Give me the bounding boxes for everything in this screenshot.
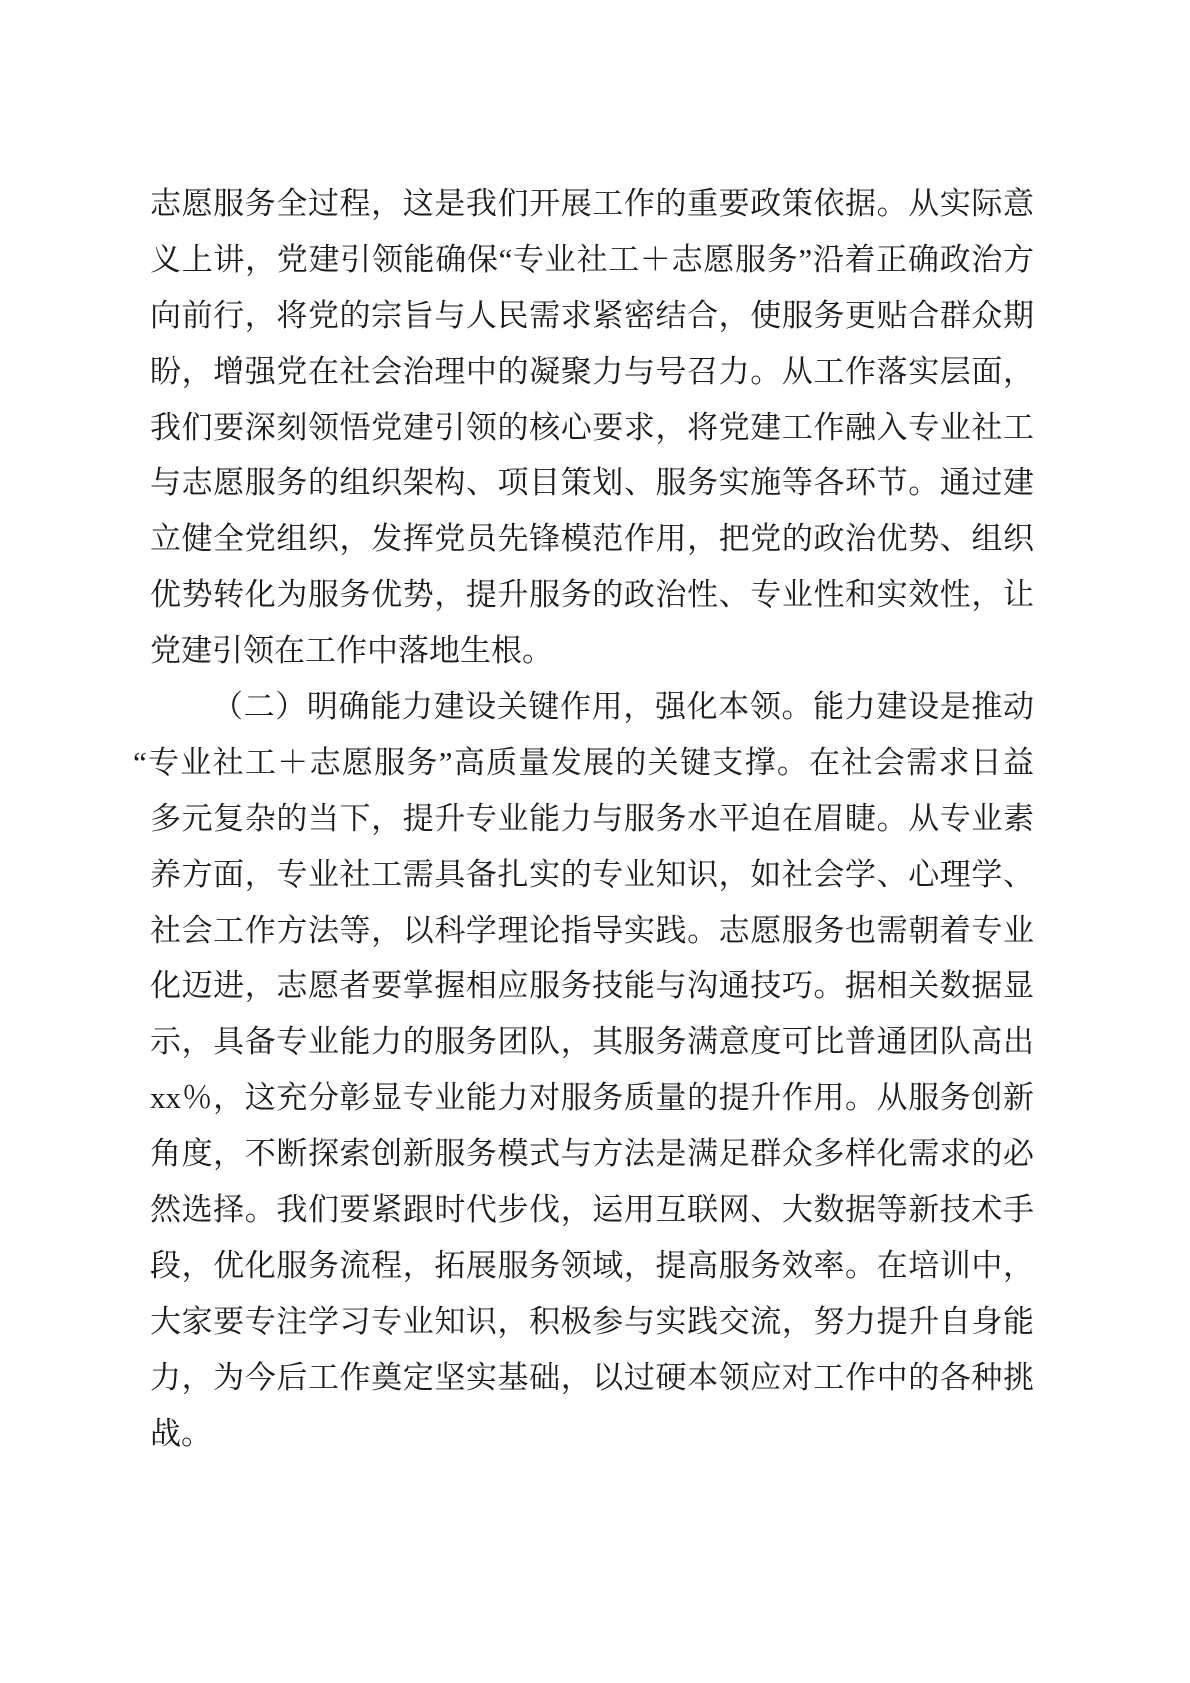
text-line: 化迈进，志愿者要掌握相应服务技能与沟通技巧。据相关数据显 [150,958,1034,1014]
text-line: 力，为今后工作奠定坚实基础，以过硬本领应对工作中的各种挑 [150,1350,1034,1406]
text-line: 大家要专注学习专业知识，积极参与实践交流，努力提升自身能 [150,1294,1034,1350]
text-line-paragraph-end: 战。 [150,1406,1034,1462]
text-line: 角度，不断探索创新服务模式与方法是满足群众多样化需求的必 [150,1126,1034,1182]
text-line: 优势转化为服务优势，提升服务的政治性、专业性和实效性，让 [150,567,1034,623]
document-body-text: 志愿服务全过程，这是我们开展工作的重要政策依据。从实际意 义上讲，党建引领能确保… [150,176,1034,1461]
text-line: “专业社工＋志愿服务”高质量发展的关键支撑。在社会需求日益 [133,735,1034,791]
text-line: 多元复杂的当下，提升专业能力与服务水平迫在眉睫。从专业素 [150,791,1034,847]
text-line-paragraph-start: （二）明确能力建设关键作用，强化本领。能力建设是推动 [150,679,1034,735]
text-line: 社会工作方法等，以科学理论指导实践。志愿服务也需朝着专业 [150,903,1034,959]
text-line: 养方面，专业社工需具备扎实的专业知识，如社会学、心理学、 [150,847,1034,903]
text-line: 我们要深刻领悟党建引领的核心要求，将党建工作融入专业社工 [150,400,1034,456]
text-line: xx％，这充分彰显专业能力对服务质量的提升作用。从服务创新 [150,1070,1034,1126]
text-line: 向前行，将党的宗旨与人民需求紧密结合，使服务更贴合群众期 [150,288,1034,344]
text-line: 与志愿服务的组织架构、项目策划、服务实施等各环节。通过建 [150,455,1034,511]
text-line: 然选择。我们要紧跟时代步伐，运用互联网、大数据等新技术手 [150,1182,1034,1238]
text-line: 义上讲，党建引领能确保“专业社工＋志愿服务”沿着正确政治方 [150,232,1034,288]
text-line-paragraph-end: 党建引领在工作中落地生根。 [150,623,1034,679]
text-line: 盼，增强党在社会治理中的凝聚力与号召力。从工作落实层面， [150,344,1034,400]
document-page: 志愿服务全过程，这是我们开展工作的重要政策依据。从实际意 义上讲，党建引领能确保… [0,0,1190,1683]
text-line: 立健全党组织，发挥党员先锋模范作用，把党的政治优势、组织 [150,511,1034,567]
text-line: 志愿服务全过程，这是我们开展工作的重要政策依据。从实际意 [150,176,1034,232]
text-line: 示，具备专业能力的服务团队，其服务满意度可比普通团队高出 [150,1014,1034,1070]
text-line: 段，优化服务流程，拓展服务领域，提高服务效率。在培训中， [150,1238,1034,1294]
